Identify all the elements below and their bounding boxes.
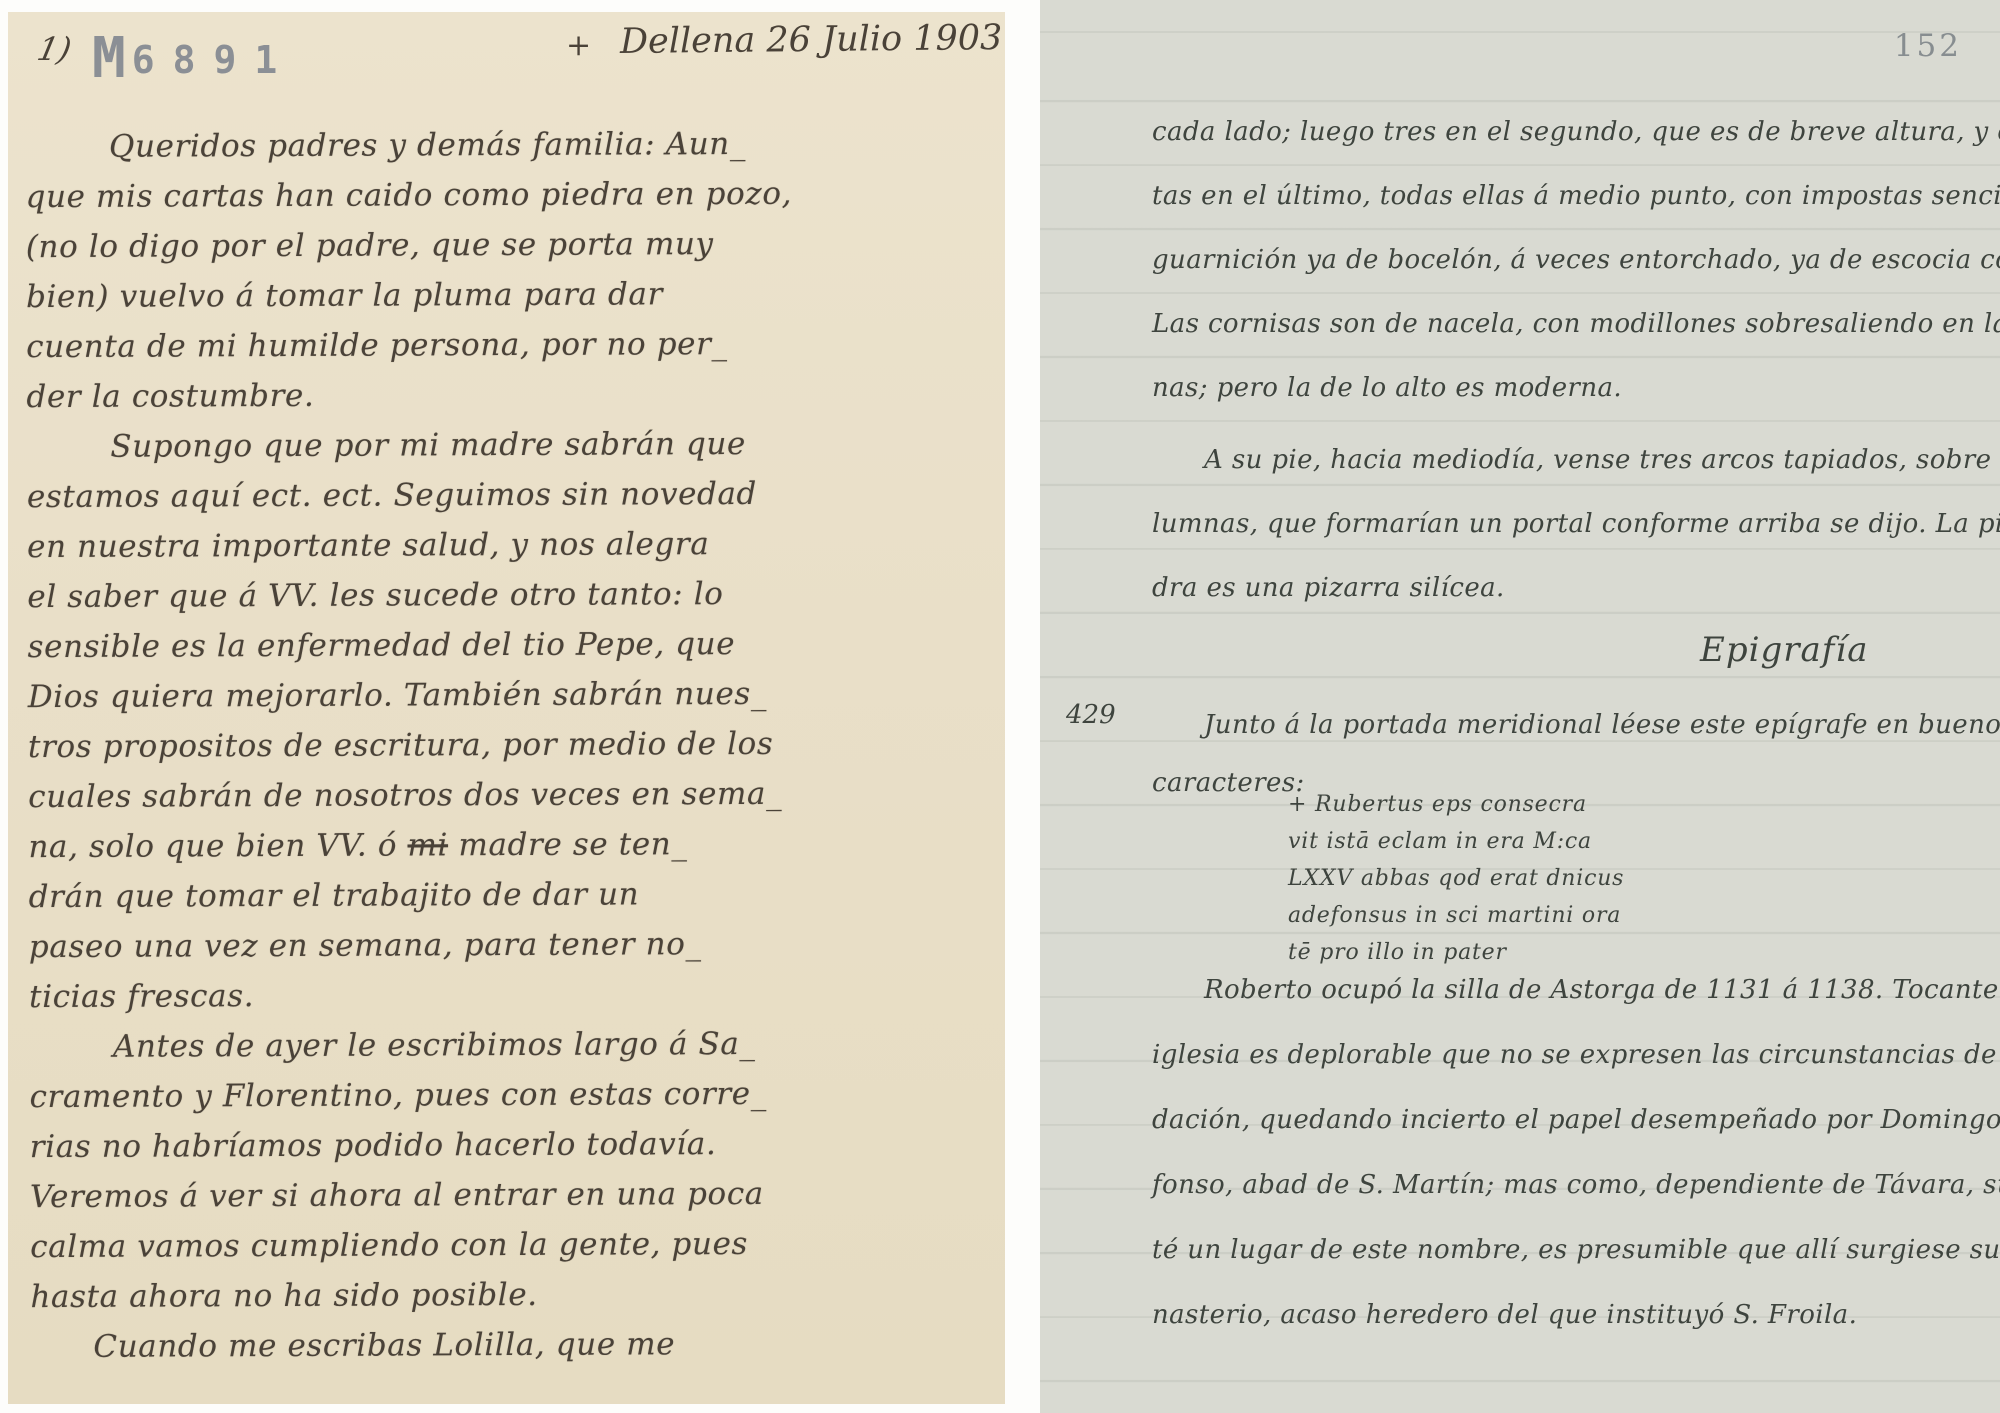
- section-heading: Epigrafía: [1700, 630, 1868, 670]
- text-line: A su pie, hacia mediodía, vense tres arc…: [1152, 428, 1940, 492]
- cross-icon: +: [566, 28, 591, 63]
- text-line: estamos aquí ect. ect. Seguimos sin nove…: [27, 468, 998, 522]
- text-line: que mis cartas han caido como piedra en …: [25, 168, 996, 222]
- treatise-paragraph-1: cada lado; luego tres en el segundo, que…: [1152, 100, 1940, 420]
- text-line: Junto á la portada meridional léese este…: [1152, 696, 1940, 754]
- text-line: tros propositos de escritura, por medio …: [28, 718, 999, 772]
- text-line: tas en el último, todas ellas á medio pu…: [1152, 164, 1940, 228]
- text-line: rias no habríamos podido hacerlo todavía…: [30, 1118, 1001, 1172]
- page-number: 152: [1894, 28, 1962, 64]
- margin-entry-number: 429: [1066, 700, 1116, 730]
- corner-mark: 1): [34, 30, 75, 68]
- latin-epigraph: + Rubertus eps consecravit istā eclam in…: [1288, 786, 1940, 971]
- text-line: lumnas, que formarían un portal conforme…: [1152, 492, 1940, 556]
- text-line: vit istā eclam in era M:ca: [1288, 823, 1940, 860]
- stamp-number: 6891: [132, 38, 296, 82]
- archive-stamp: M6891: [92, 26, 289, 91]
- text-line: Las cornisas son de nacela, con modillon…: [1152, 292, 1940, 356]
- text-line: bien) vuelvo á tomar la pluma para dar: [26, 268, 997, 322]
- closing-paragraph: Roberto ocupó la silla de Astorga de 113…: [1152, 958, 1940, 1348]
- text-line: paseo una vez en semana, para tener no_: [29, 918, 1000, 972]
- letter-body: Queridos padres y demás familia: Aun_que…: [25, 118, 1001, 1372]
- text-line: nasterio, acaso heredero del que institu…: [1152, 1283, 1940, 1348]
- text-line: cuales sabrán de nosotros dos veces en s…: [28, 768, 999, 822]
- letter-page: 1) M6891 + Dellena 26 Julio 1903 Querido…: [8, 12, 1005, 1404]
- text-line: der la costumbre.: [26, 368, 997, 422]
- text-line: ticias frescas.: [29, 968, 1000, 1022]
- stamp-letter: M: [92, 26, 126, 91]
- text-line: (no lo digo por el padre, que se porta m…: [26, 218, 997, 272]
- text-line: Cuando me escribas Lolilla, que me: [31, 1318, 1002, 1372]
- text-line: té un lugar de este nombre, es presumibl…: [1152, 1218, 1940, 1283]
- text-line: cuenta de mi humilde persona, por no per…: [26, 318, 997, 372]
- text-line: guarnición ya de bocelón, á veces entorc…: [1152, 228, 1940, 292]
- dateline: Dellena 26 Julio 1903: [620, 18, 1003, 62]
- text-line: cramento y Florentino, pues con estas co…: [29, 1068, 1000, 1122]
- text-line: iglesia es deplorable que no se expresen…: [1152, 1023, 1940, 1088]
- text-line: drán que tomar el trabajito de dar un: [29, 868, 1000, 922]
- text-line: Antes de ayer le escribimos largo á Sa_: [29, 1018, 1000, 1072]
- text-line: adefonsus in sci martini ora: [1288, 897, 1940, 934]
- text-line: Dios quiera mejorarlo. También sabrán nu…: [28, 668, 999, 722]
- text-line: en nuestra importante salud, y nos alegr…: [27, 518, 998, 572]
- text-line: dación, quedando incierto el papel desem…: [1152, 1088, 1940, 1153]
- text-line: el saber que á VV. les sucede otro tanto…: [27, 568, 998, 622]
- text-line: Veremos á ver si ahora al entrar en una …: [30, 1168, 1001, 1222]
- text-line: cada lado; luego tres en el segundo, que…: [1152, 100, 1940, 164]
- text-line: + Rubertus eps consecra: [1288, 786, 1940, 823]
- treatise-page: 152 cada lado; luego tres en el segundo,…: [1040, 0, 2000, 1413]
- text-line: Supongo que por mi madre sabrán que: [27, 418, 998, 472]
- text-line: dra es una pizarra silícea.: [1152, 556, 1940, 620]
- text-line: calma vamos cumpliendo con la gente, pue…: [30, 1218, 1001, 1272]
- text-line: Roberto ocupó la silla de Astorga de 113…: [1152, 958, 1940, 1023]
- text-line: sensible es la enfermedad del tio Pepe, …: [27, 618, 998, 672]
- text-line: nas; pero la de lo alto es moderna.: [1152, 356, 1940, 420]
- text-line: LXXV abbas qod erat dnicus: [1288, 860, 1940, 897]
- text-line: na, solo que bien VV. ó mi madre se ten_: [28, 818, 999, 872]
- text-line: Queridos padres y demás familia: Aun_: [25, 118, 996, 172]
- text-line: hasta ahora no ha sido posible.: [30, 1268, 1001, 1322]
- text-line: fonso, abad de S. Martín; mas como, depe…: [1152, 1153, 1940, 1218]
- treatise-paragraph-2: A su pie, hacia mediodía, vense tres arc…: [1152, 428, 1940, 620]
